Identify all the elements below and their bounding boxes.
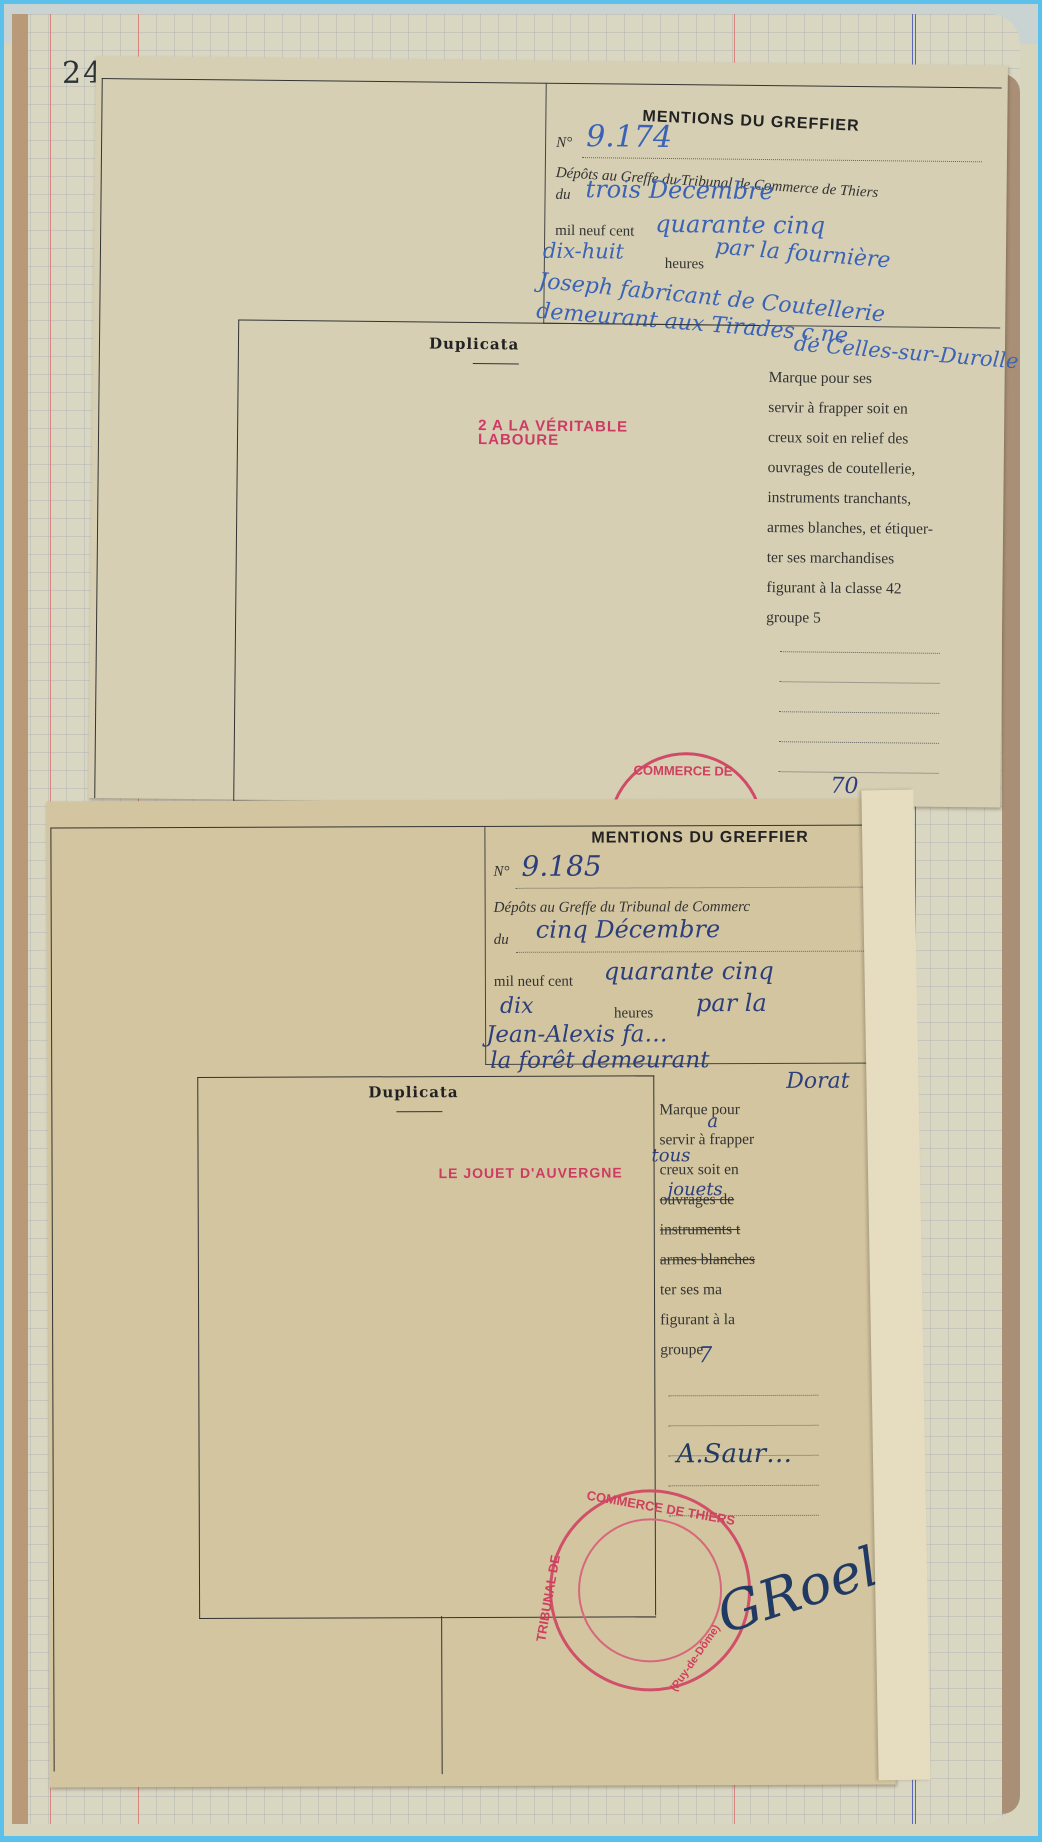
number-label: N° [556,135,572,152]
marque-line: ter ses marchandises [767,543,967,575]
marque-description: Marque pour servir à frapper creux soit … [659,1095,860,1366]
rule [668,1395,818,1397]
marque-line: figurant à la [660,1305,860,1336]
depositor-line: par la [696,989,767,1017]
hours-label: heures [614,1005,653,1022]
depositor-line: Dorat [786,1069,849,1094]
marque-line: Marque pour ses [769,363,969,395]
rule [780,651,940,654]
number-label: N° [494,864,510,881]
deposit-slip-1: MENTIONS DU GREFFIER N° 9.174 Dépôts au … [88,56,1008,808]
slip-border-left [50,827,54,1771]
marque-line: ouvrages de coutellerie, [768,453,968,485]
register-number: 9.185 [521,850,601,883]
marque-line: armes blanches, et étiquer- [767,513,967,545]
rule [668,1425,818,1427]
depositor-line: par la fournière [714,234,891,273]
rule [779,741,939,744]
deposit-date: trois Décembre [585,175,773,205]
greffier-title: MENTIONS DU GREFFIER [642,108,860,136]
depositor-line: la forêt demeurant [490,1047,709,1074]
rule [396,1111,442,1112]
deposit-slip-2: MENTIONS DU GREFFIER N° 9.185 Dépôts au … [46,799,895,1788]
deposit-year: quarante cinq [604,957,774,986]
rule [779,681,939,684]
rule [516,951,896,953]
rule [779,711,939,714]
year-label: mil neuf cent [494,974,573,991]
trademark-stamp: LE JOUET D'AUVERGNE [439,1164,623,1181]
margin-signature: A.Saur… [677,1439,793,1469]
marque-line: figurant à la classe 42 [766,573,966,605]
deposit-hour: dix-huit [543,239,624,264]
du-label: du [494,932,509,949]
handwritten-note: a [707,1111,718,1132]
deposit-year: quarante cinq [655,210,825,240]
depositor-line: Jean-Alexis fa… [486,1021,667,1048]
greffier-box: MENTIONS DU GREFFIER N° 9.174 Dépôts au … [543,83,1002,329]
handwritten-note: jouets [668,1179,723,1200]
column-divider [441,1616,443,1774]
marque-line: armes blanches [660,1245,860,1276]
greffier-title: MENTIONS DU GREFFIER [591,829,808,848]
marque-line: groupe [660,1335,860,1366]
greffier-box: MENTIONS DU GREFFIER N° 9.185 Dépôts au … [484,824,906,1064]
register-number: 9.174 [586,119,672,155]
duplicata-title: Duplicata [368,1083,458,1101]
handwritten-note: tous [651,1145,690,1166]
du-label: du [555,187,570,204]
marque-line: instruments t [660,1215,860,1246]
marque-line: creux soit en relief des [768,423,968,455]
trademark-stamp: 2 A LA VÉRITABLE LABOURE [478,419,628,449]
rule [516,887,896,889]
rule [582,157,982,162]
marque-line: ter ses ma [660,1275,860,1306]
photo-frame: 24 MENTIONS DU GREFFIER N° 9.174 Dépôts … [4,4,1038,1836]
duplicata-title: Duplicata [429,335,519,354]
slip-border-left [94,78,103,798]
deposit-date: cinq Décembre [536,915,721,944]
deposit-hour: dix [500,994,534,1019]
duplicata-box: Duplicata 2 A LA VÉRITABLE LABOURE [233,320,759,807]
rule [669,1485,819,1487]
seal-text: COMMERCE DE [633,763,732,779]
marque-description: Marque pour ses servir à frapper soit en… [766,363,969,635]
marque-line: servir à frapper soit en [768,393,968,425]
book-spine [12,14,28,1824]
marque-line: Marque pour [659,1095,859,1126]
hours-label: heures [665,256,704,273]
handwritten-note: 7 [698,1343,712,1368]
marque-line: groupe 5 [766,603,966,635]
rule [473,363,519,364]
marque-line: instruments tranchants, [767,483,967,515]
